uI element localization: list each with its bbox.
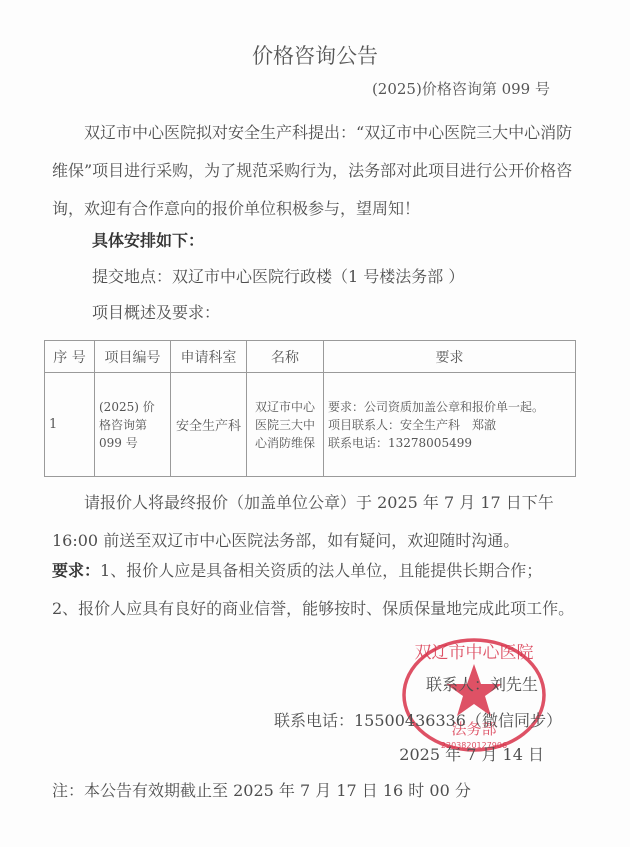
requirement-1: 1、报价人应是具备相关资质的法人单位，且能提供长期合作； — [100, 561, 542, 580]
header-requirements: 要求 — [324, 341, 576, 373]
project-table: 序 号 项目编号 申请科室 名称 要求 1 (2025) 价格咨询第 099 号… — [44, 340, 576, 477]
document-title: 价格咨询公告 — [0, 40, 630, 70]
requirement-2: 2、报价人应具有良好的商业信誉，能够按时、保质保量地完成此项工作。 — [52, 599, 574, 618]
requirements-label: 要求： — [52, 561, 100, 580]
contact-phone: 联系电话：15500436336（微信同步） — [274, 708, 562, 731]
svg-text:双辽市中心医院: 双辽市中心医院 — [415, 643, 534, 663]
arrangement-heading: 具体安排如下： — [92, 228, 204, 251]
cell-project-no: (2025) 价格咨询第 099 号 — [95, 373, 171, 477]
header-index: 序 号 — [45, 341, 95, 373]
cell-department: 安全生产科 — [171, 373, 247, 477]
table-row: 1 (2025) 价格咨询第 099 号 安全生产科 双辽市中心医院三大中心消防… — [45, 373, 576, 477]
submission-location: 提交地点：双辽市中心医院行政楼（1 号楼法务部 ） — [92, 264, 464, 287]
validity-note: 注：本公告有效期截止至 2025 年 7 月 17 日 16 时 00 分 — [52, 778, 471, 801]
requirement-phone: 联系电话：13278005499 — [328, 434, 571, 452]
announcement-date: 2025 年 7 月 14 日 — [399, 742, 544, 765]
header-name: 名称 — [247, 341, 324, 373]
cell-name: 双辽市中心医院三大中心消防维保 — [247, 373, 324, 477]
cell-index: 1 — [45, 373, 95, 477]
cell-requirements: 要求：公司资质加盖公章和报价单一起。 项目联系人：安全生产科 郑澈 联系电话：1… — [324, 373, 576, 477]
requirements-paragraph: 要求：1、报价人应是具备相关资质的法人单位，且能提供长期合作； 2、报价人应具有… — [52, 552, 582, 628]
table-header-row: 序 号 项目编号 申请科室 名称 要求 — [45, 341, 576, 373]
requirement-contact: 项目联系人：安全生产科 郑澈 — [328, 416, 571, 434]
overview-heading: 项目概述及要求： — [92, 300, 220, 323]
document-number: (2025)价格咨询第 099 号 — [372, 78, 550, 99]
header-department: 申请科室 — [171, 341, 247, 373]
contact-person: 联系人：刘先生 — [426, 672, 538, 695]
deadline-paragraph: 请报价人将最终报价（加盖单位公章）于 2025 年 7 月 17 日下午 16:… — [52, 484, 582, 560]
requirement-line: 要求：公司资质加盖公章和报价单一起。 — [328, 398, 571, 416]
intro-paragraph: 双辽市中心医院拟对安全生产科提出：“双辽市中心医院三大中心消防维保”项目进行采购… — [52, 114, 582, 228]
header-project-no: 项目编号 — [95, 341, 171, 373]
official-seal-stamp: 双辽市中心医院 法务部 2203820127906 — [400, 636, 548, 754]
